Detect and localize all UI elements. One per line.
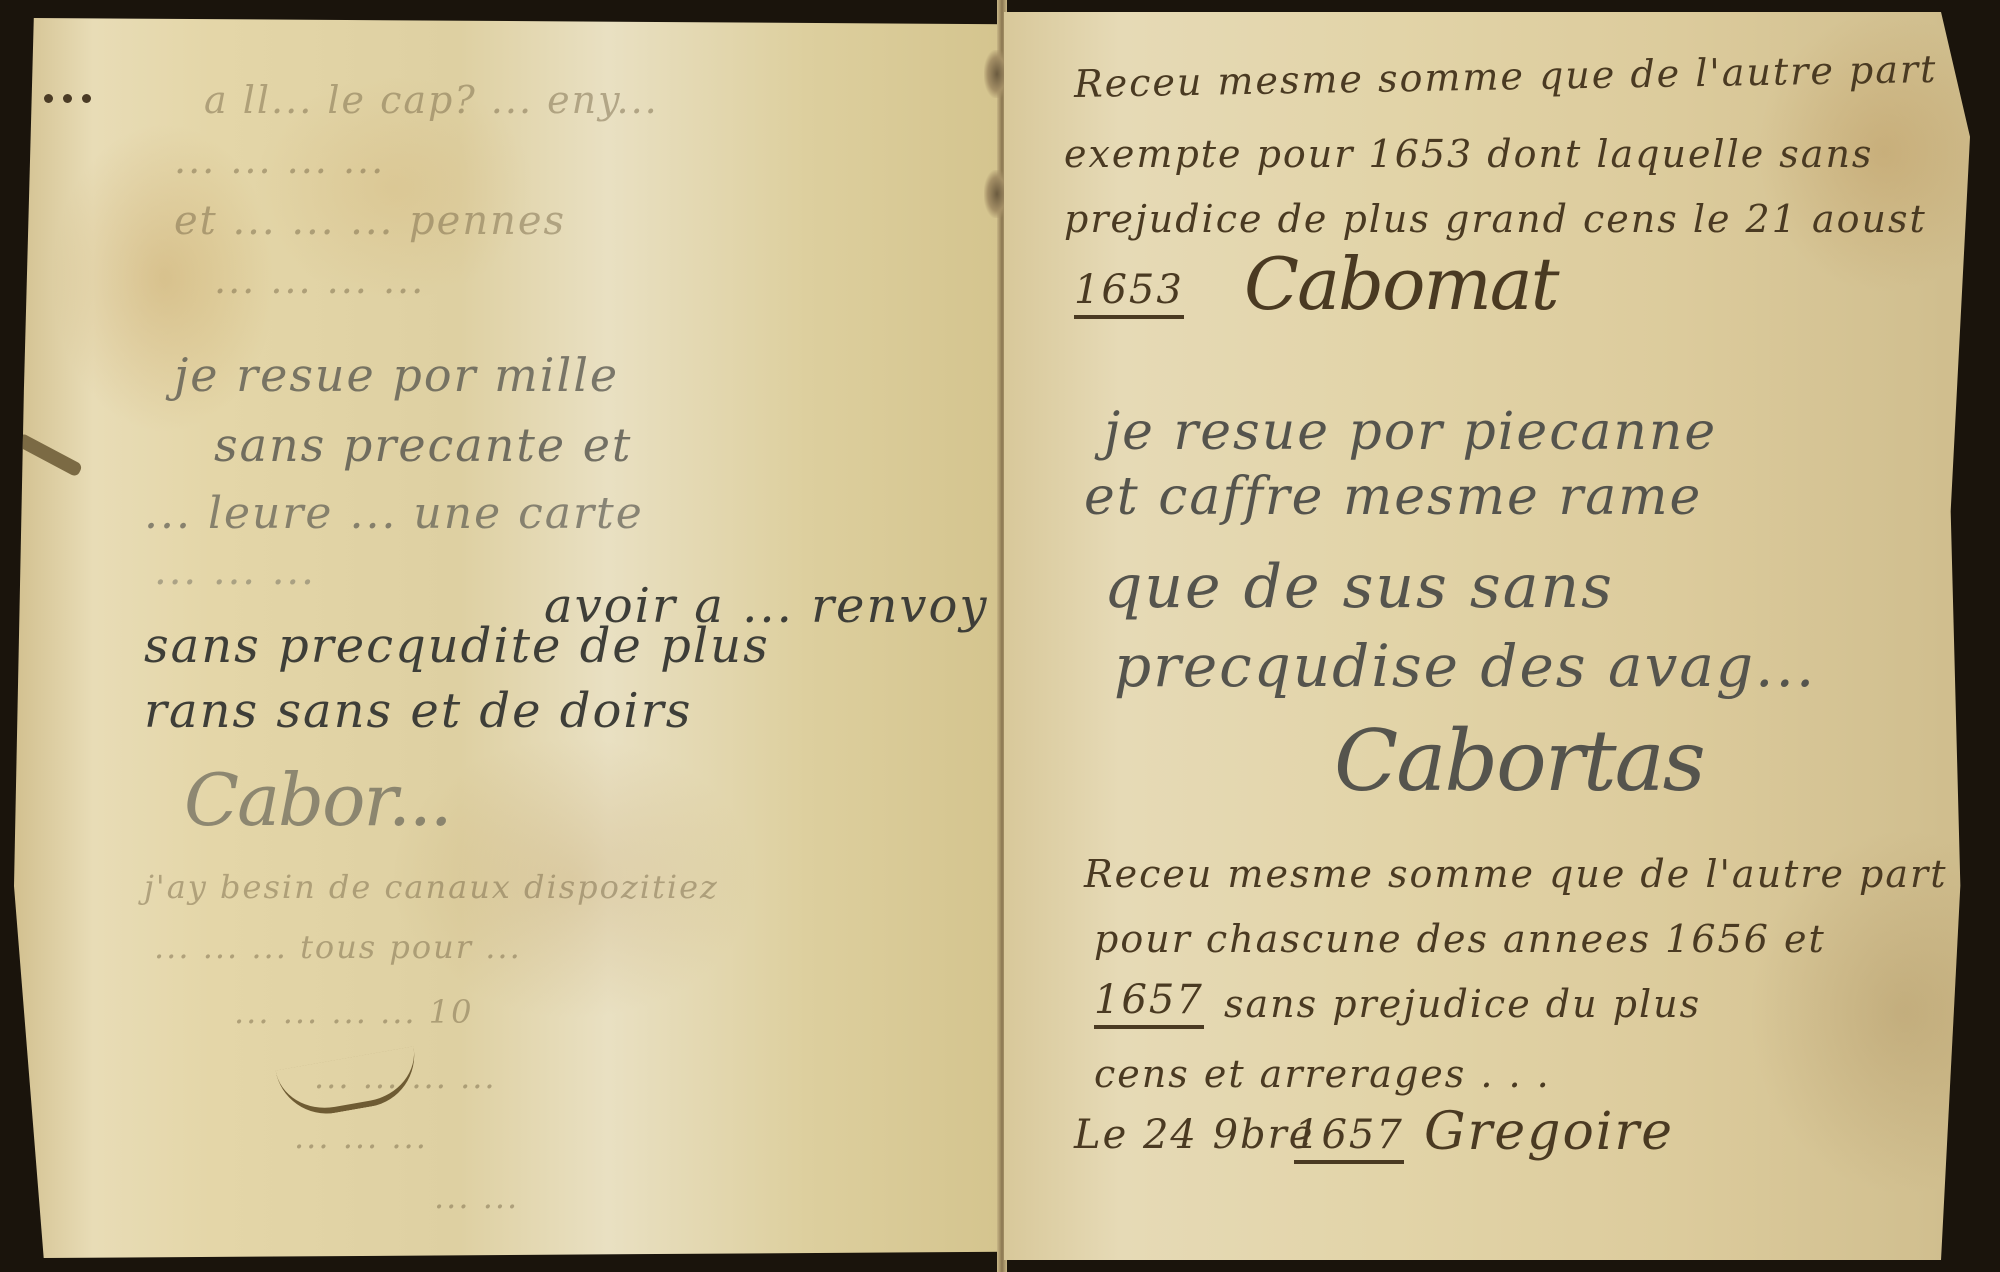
binding-thread <box>15 432 83 477</box>
faint-line: ... ... <box>434 1178 519 1216</box>
signature: Cabomat <box>1244 242 1558 326</box>
handwritten-line: je resue por piecanne <box>1104 402 1717 462</box>
faint-line: ... ... ... ... <box>174 138 385 182</box>
faint-line: ... ... ... ... <box>314 1058 497 1096</box>
year-text: 1653 <box>1074 267 1184 319</box>
signature: Gregoire <box>1424 1102 1674 1162</box>
handwritten-line: pour chascune des annees 1656 et <box>1094 917 1826 961</box>
faint-line: ... ... ... tous pour ... <box>154 928 522 966</box>
handwritten-line: cens et arrerages . . . <box>1094 1052 1551 1096</box>
binding-hole <box>63 94 72 103</box>
handwritten-line: prejudice de plus grand cens le 21 aoust <box>1064 197 1927 241</box>
binding-hole <box>82 94 91 103</box>
year-text: 1657 <box>1094 977 1204 1029</box>
binding-hole <box>44 94 53 103</box>
handwritten-line: rans sans et de doirs <box>144 683 692 739</box>
handwritten-line: sans precqudite de plus <box>144 618 770 674</box>
handwritten-line: Receu mesme somme que de l'autre part <box>1074 47 1938 106</box>
handwritten-line: je resue por mille <box>174 348 619 402</box>
handwritten-line: sans prejudice du plus <box>1224 982 1701 1026</box>
faint-line: a ll... le cap? ... eny... <box>204 78 659 122</box>
faint-line: ... ... ... ... <box>214 258 425 302</box>
handwritten-line: sans precante et <box>214 418 632 472</box>
faint-line: ... ... ... <box>294 1118 428 1156</box>
signature: Cabor... <box>184 758 451 842</box>
faint-line: ... ... ... ... 10 <box>234 993 473 1031</box>
handwritten-line: ... ... ... <box>154 548 316 594</box>
handwritten-line: Receu mesme somme que de l'autre part <box>1084 852 1947 896</box>
year-text: 1657 <box>1294 1112 1404 1164</box>
handwritten-line: et caffre mesme rame <box>1084 467 1702 527</box>
handwritten-line: ... leure ... une carte <box>144 488 644 539</box>
left-page: a ll... le cap? ... eny... ... ... ... .… <box>14 18 1004 1258</box>
faint-line: j'ay besin de canaux dispozitiez <box>144 868 719 906</box>
handwritten-line: precqudise des avag... <box>1114 632 1816 700</box>
handwritten-line: exempte pour 1653 dont laquelle sans <box>1064 132 1873 176</box>
faint-line: et ... ... ... pennes <box>174 198 566 244</box>
right-page: Receu mesme somme que de l'autre part ex… <box>1004 12 1970 1260</box>
handwritten-line: que de sus sans <box>1104 552 1614 622</box>
signature: Cabortas <box>1334 712 1704 810</box>
binding-holes <box>44 88 101 107</box>
date-text: Le 24 9bre <box>1074 1112 1314 1158</box>
